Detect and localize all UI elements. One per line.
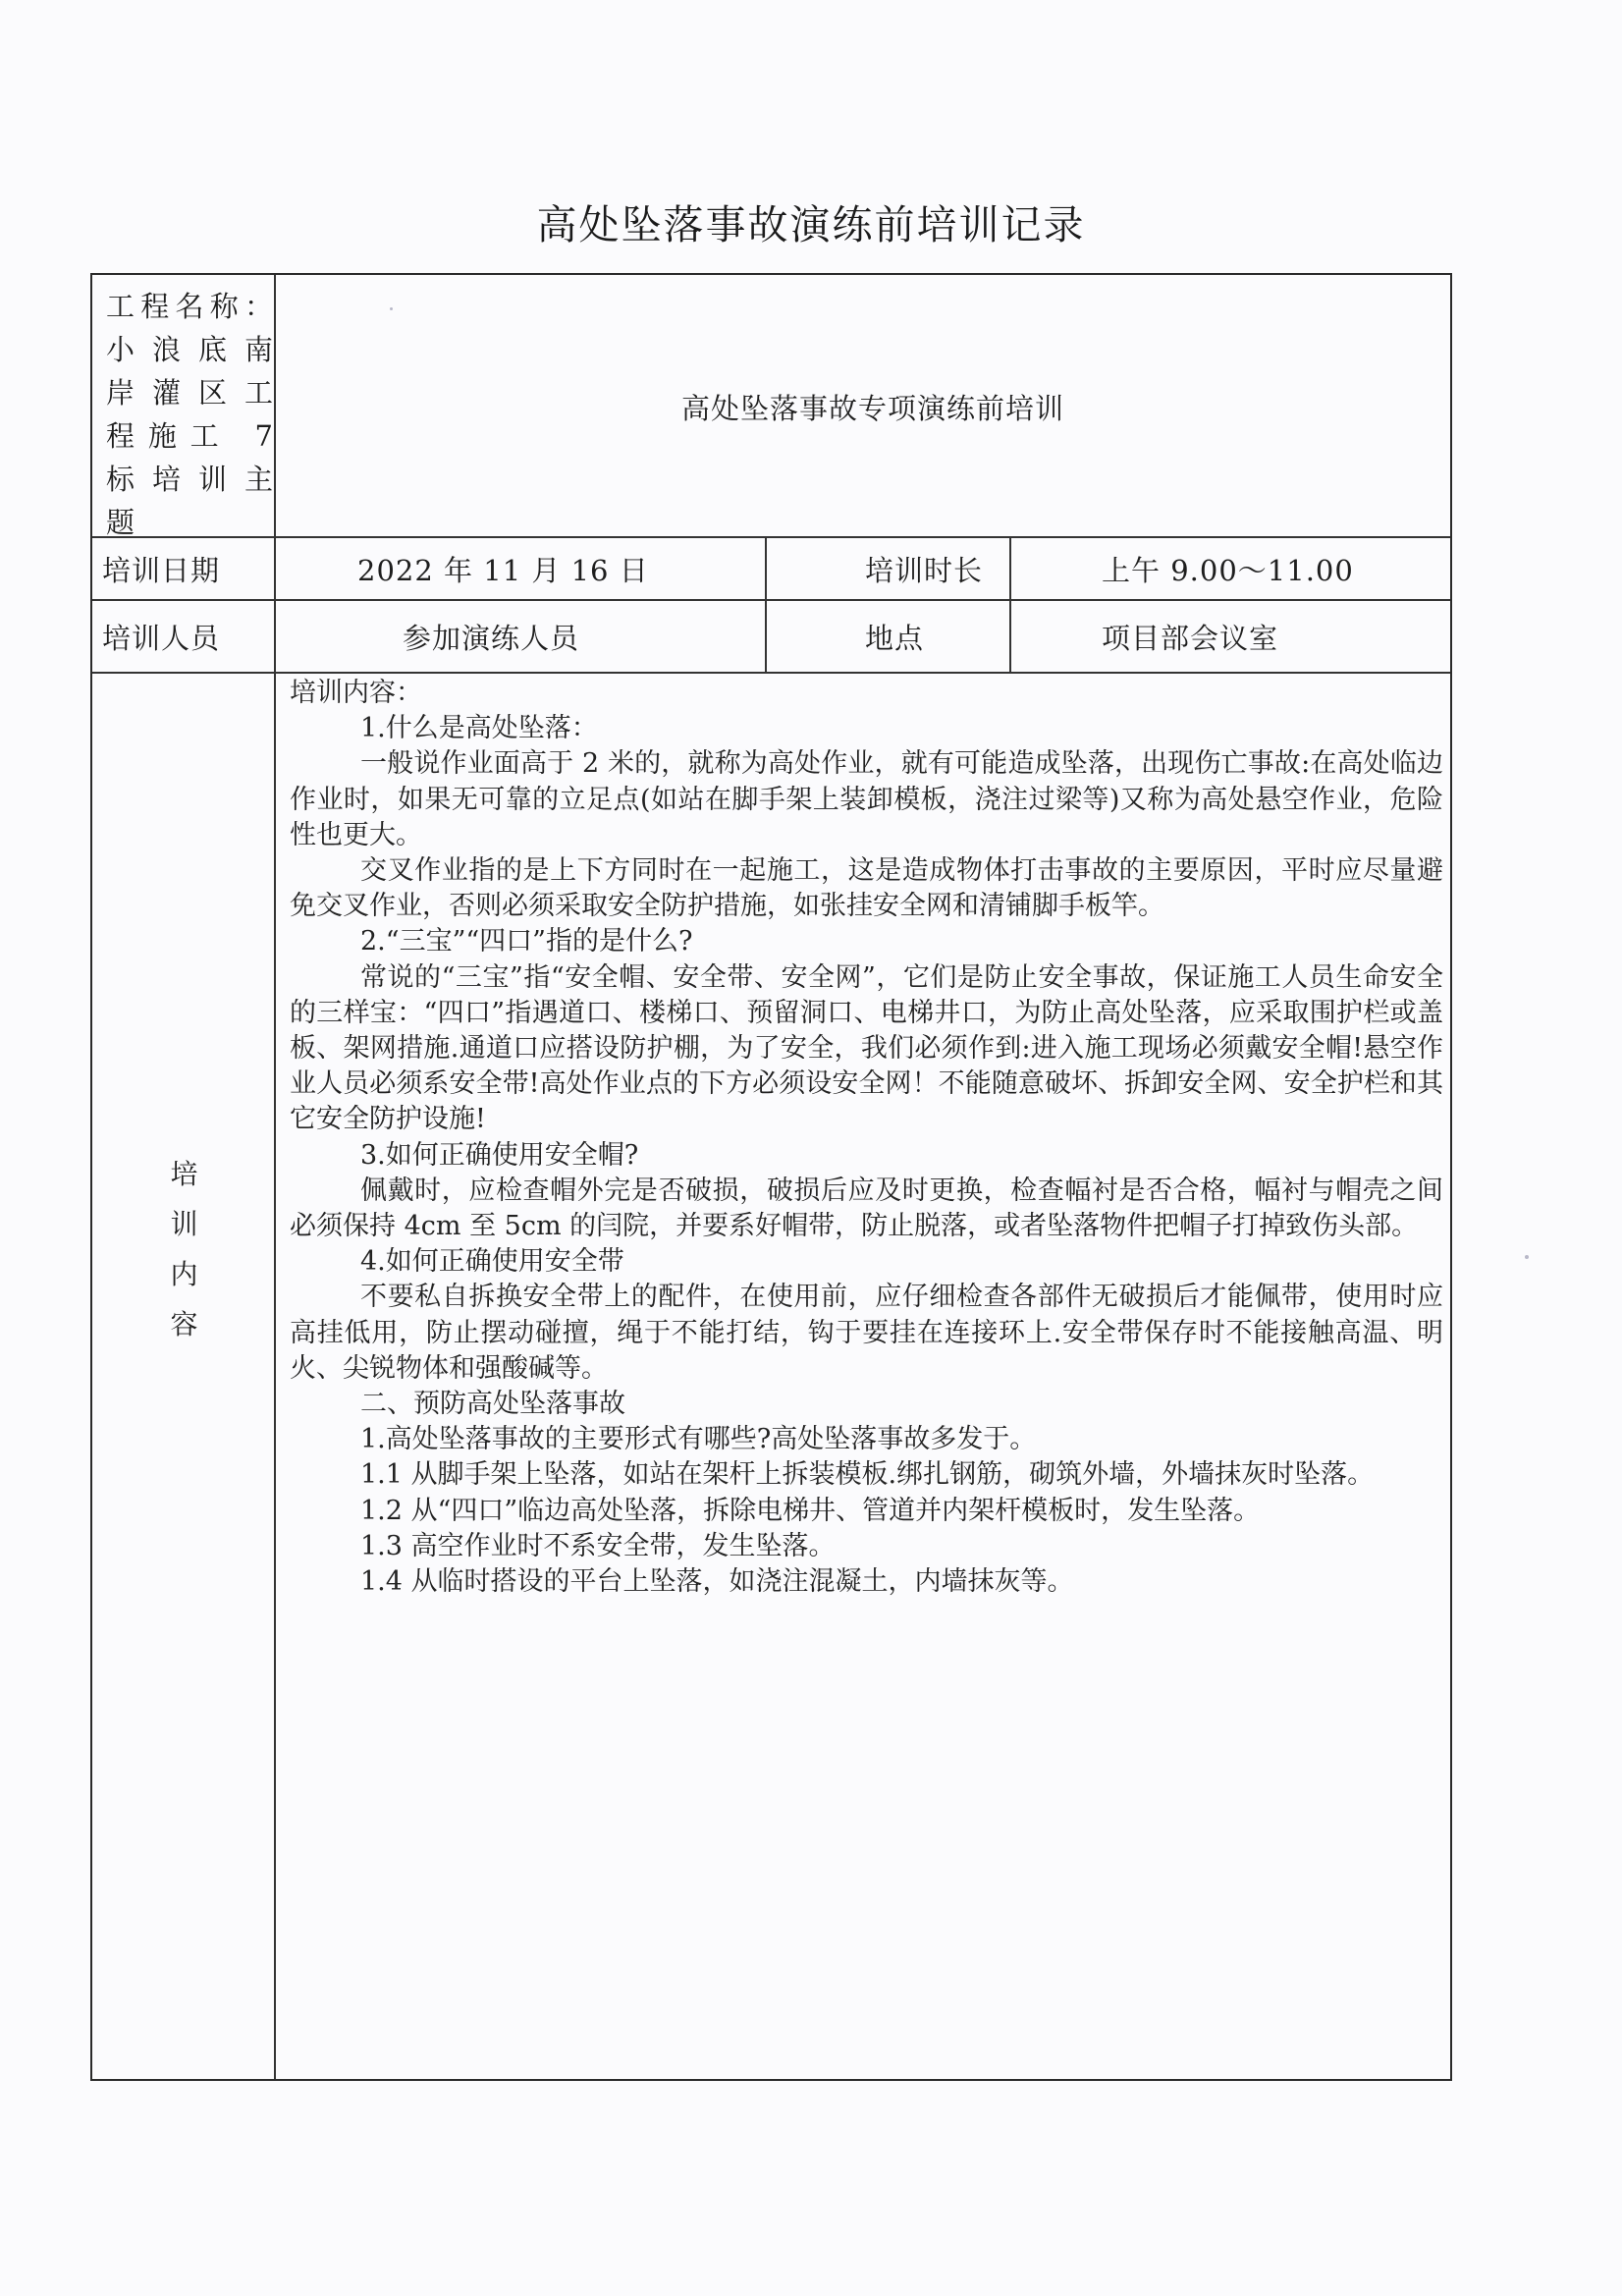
list-item: 1.3 高空作业时不系安全带，发生坠落。 <box>290 1529 1443 1564</box>
content-side-label: 培 训 内 容 <box>92 674 276 2083</box>
project-label-line: 标培训主 <box>106 458 273 501</box>
project-label-line: 程施工 7 <box>106 414 273 458</box>
paragraph: 1.高处坠落事故的主要形式有哪些?高处坠落事故多发于。 <box>290 1422 1443 1457</box>
section-heading: 2.“三宝”“四口”指的是什么? <box>290 924 1443 959</box>
section-heading: 1.什么是高处坠落： <box>290 711 1443 746</box>
scan-speck <box>1525 1255 1529 1259</box>
project-label-line: 工程名称： <box>106 285 273 328</box>
divider-col-2 <box>765 536 767 674</box>
section-heading: 二、预防高处坠落事故 <box>290 1387 1443 1422</box>
paragraph: 佩戴时，应检查帽外完是否破损，破损后应及时更换，检查幅衬是否合格，幅衬与帽壳之间… <box>290 1174 1443 1244</box>
side-label-char: 容 <box>170 1299 199 1349</box>
date-label: 培训日期 <box>102 538 274 599</box>
training-topic: 高处坠落事故专项演练前培训 <box>276 275 1450 538</box>
paragraph: 不要私自拆换安全带上的配件，在使用前，应仔细检查各部件无破损后才能佩带，使用时应… <box>290 1280 1443 1387</box>
training-content-body: 培训内容： 1.什么是高处坠落： 一般说作业面高于 2 米的，就称为高处作业，就… <box>290 676 1443 1600</box>
duration-label: 培训时长 <box>865 538 1007 599</box>
divider-col-3 <box>1009 536 1011 674</box>
side-label-char: 训 <box>170 1199 199 1249</box>
project-name-label: 工程名称： 小浪底南 岸灌区工 程施工 7 标培训主 题 <box>106 285 273 544</box>
duration-value: 上午 9.00～11.00 <box>1102 538 1445 599</box>
side-label-char: 内 <box>170 1249 199 1299</box>
section-heading: 4.如何正确使用安全带 <box>290 1244 1443 1280</box>
list-item: 1.4 从临时搭设的平台上坠落，如浇注混凝土，内墙抹灰等。 <box>290 1564 1443 1600</box>
paragraph: 一般说作业面高于 2 米的，就称为高处作业，就有可能造成坠落，出现伤亡事故:在高… <box>290 746 1443 853</box>
project-label-line: 小浪底南 <box>106 328 273 371</box>
date-value: 2022 年 11 月 16 日 <box>357 538 760 599</box>
scan-speck <box>390 307 393 310</box>
personnel-value: 参加演练人员 <box>403 601 756 672</box>
location-value: 项目部会议室 <box>1102 601 1445 672</box>
training-record-table: 工程名称： 小浪底南 岸灌区工 程施工 7 标培训主 题 高处坠落事故专项演练前… <box>90 273 1452 2081</box>
paragraph: 常说的“三宝”指“安全帽、安全带、安全网”，它们是防止安全事故，保证施工人员生命… <box>290 960 1443 1138</box>
side-label-char: 培 <box>170 1149 199 1199</box>
list-item: 1.2 从“四口”临边高处坠落，拆除电梯井、管道并内架杆模板时，发生坠落。 <box>290 1494 1443 1529</box>
paragraph: 交叉作业指的是上下方同时在一起施工，这是造成物体打击事故的主要原因，平时应尽量避… <box>290 853 1443 924</box>
section-heading: 3.如何正确使用安全帽? <box>290 1138 1443 1174</box>
project-label-line: 岸灌区工 <box>106 371 273 414</box>
location-label: 地点 <box>865 601 1007 672</box>
personnel-label: 培训人员 <box>102 601 274 672</box>
divider-row-3 <box>92 672 1450 674</box>
document-title: 高处坠落事故演练前培训记录 <box>0 192 1622 250</box>
content-heading: 培训内容： <box>290 676 1443 711</box>
list-item: 1.1 从脚手架上坠落，如站在架杆上拆装模板.绑扎钢筋，砌筑外墙，外墙抹灰时坠落… <box>290 1457 1443 1493</box>
